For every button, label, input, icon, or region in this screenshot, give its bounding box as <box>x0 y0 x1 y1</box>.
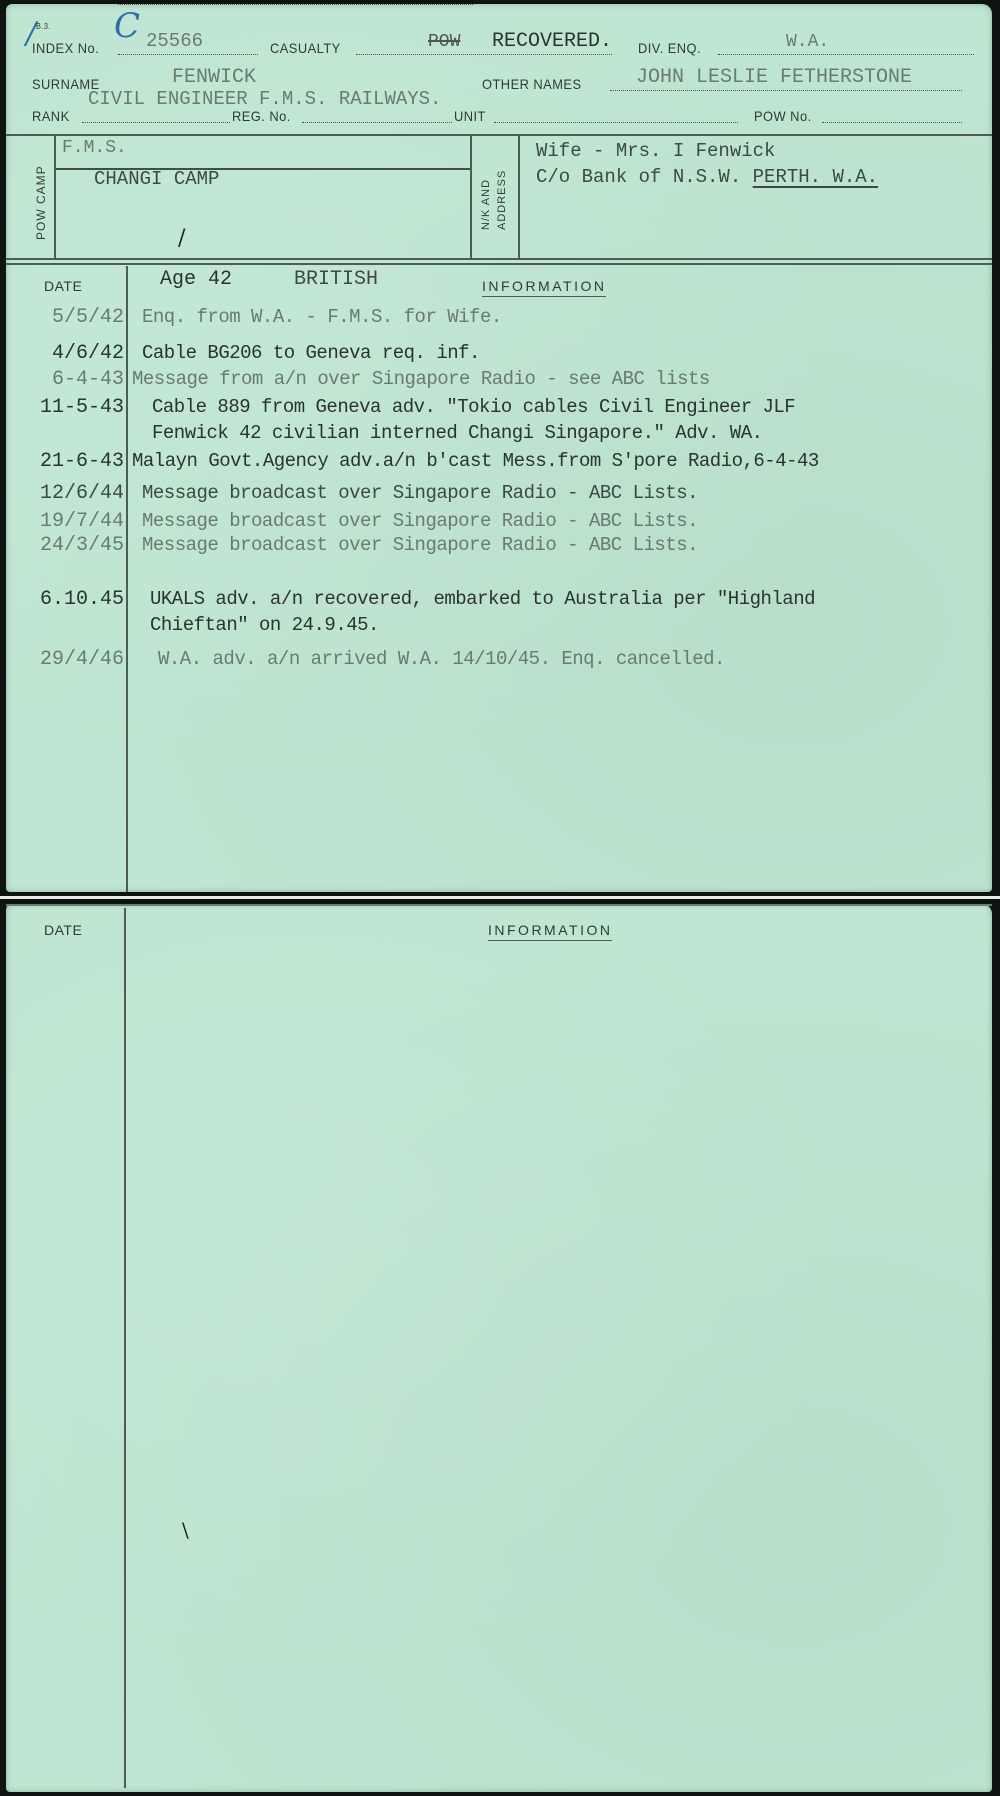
div-enq-dotted-line <box>718 54 974 55</box>
index-no-label: INDEX No. <box>32 40 99 56</box>
occupation-value: CIVIL ENGINEER F.M.S. RAILWAYS. <box>88 88 441 110</box>
div-enq-label: DIV. ENQ. <box>638 40 701 56</box>
casualty-dotted-line <box>356 54 612 55</box>
log-top-rule-1 <box>6 258 992 260</box>
entry-text: Fenwick 42 civilian interned Changi Sing… <box>152 422 763 444</box>
casualty-value: RECOVERED. <box>492 30 612 53</box>
date-column-divider <box>126 266 128 892</box>
pow-camp-line2: CHANGI CAMP <box>94 168 219 190</box>
rank-dotted-line <box>82 122 230 123</box>
nk-label-line1: N/K AND <box>480 179 492 230</box>
casualty-struck-value: POW <box>428 32 460 52</box>
div-enq-value: W.A. <box>786 32 829 52</box>
entry-date: 11-5-43 <box>40 396 124 419</box>
unit-dotted-line <box>494 122 738 123</box>
entry-date: 24/3/45 <box>40 534 124 557</box>
pow-camp-label: POW CAMP <box>34 165 48 240</box>
pow-camp-line1: F.M.S. <box>62 138 127 158</box>
entry-text: Cable BG206 to Geneva req. inf. <box>142 342 480 364</box>
entry-date: 6.10.45 <box>40 588 124 611</box>
other-names-dotted-line <box>610 90 962 91</box>
nk-label-divider <box>518 134 520 258</box>
entry-text: Cable 889 from Geneva adv. "Tokio cables… <box>152 396 795 418</box>
entry-text: Malayn Govt.Agency adv.a/n b'cast Mess.f… <box>132 450 819 472</box>
casualty-label: CASUALTY <box>270 40 341 56</box>
date-column-header: DATE <box>44 278 82 294</box>
index-no-value: 25566 <box>146 30 203 52</box>
entry-text: Message broadcast over Singapore Radio -… <box>142 482 698 504</box>
entry-text: Message broadcast over Singapore Radio -… <box>142 534 698 556</box>
unit-label: UNIT <box>454 108 486 124</box>
back-top-edge <box>6 904 992 906</box>
pow-no-dotted-line <box>822 122 962 123</box>
entry-text: W.A. adv. a/n arrived W.A. 14/10/45. Enq… <box>158 648 725 670</box>
record-card-front: / B.3. C INDEX No. 25566 CASUALTY POW RE… <box>6 4 992 892</box>
reg-no-dotted-line <box>302 122 452 123</box>
entry-date: 4/6/42 <box>52 342 124 365</box>
entry-text: Message from a/n over Singapore Radio - … <box>132 368 710 390</box>
back-date-column-divider <box>124 908 126 1788</box>
age-value: Age 42 <box>160 268 232 291</box>
entry-date: 21-6-43 <box>40 450 124 473</box>
entry-date: 5/5/42 <box>52 306 124 329</box>
pow-camp-label-divider <box>54 134 56 258</box>
log-top-rule-2 <box>6 263 992 265</box>
other-names-value: JOHN LESLIE FETHERSTONE <box>636 66 912 89</box>
entry-text: Message broadcast over Singapore Radio -… <box>142 510 698 532</box>
box-top-rule <box>6 134 992 136</box>
pow-no-label: POW No. <box>754 108 812 124</box>
surname-dotted-line <box>118 4 473 5</box>
form-code: B.3. <box>36 22 51 31</box>
handwritten-mark: C <box>114 6 140 46</box>
nk-address-line2: C/o Bank of N.S.W. PERTH. W.A. <box>536 166 878 188</box>
nationality-value: BRITISH <box>294 268 378 291</box>
other-names-label: OTHER NAMES <box>482 76 582 92</box>
ink-blot-mark-back: \ <box>182 1518 189 1542</box>
reg-no-label: REG. No. <box>232 108 291 124</box>
card-separator <box>0 896 1000 899</box>
nk-address-line2-prefix: C/o Bank of N.S.W. <box>536 166 753 188</box>
back-date-column-header: DATE <box>44 922 82 938</box>
information-column-header: INFORMATION <box>482 278 606 297</box>
nk-label-line2: ADDRESS <box>496 170 508 230</box>
entry-text: Chieftan" on 24.9.45. <box>150 614 379 636</box>
entry-date: 29/4/46 <box>40 648 124 671</box>
pow-camp-right-divider <box>470 134 472 258</box>
surname-value: FENWICK <box>172 66 256 89</box>
entry-text: UKALS adv. a/n recovered, embarked to Au… <box>150 588 815 610</box>
entry-date: 12/6/44 <box>40 482 124 505</box>
nk-address-city: PERTH. W.A. <box>753 166 878 188</box>
entry-date: 6-4-43 <box>52 368 124 391</box>
entry-text: Enq. from W.A. - F.M.S. for Wife. <box>142 306 502 328</box>
index-no-dotted-line <box>118 54 258 55</box>
entry-date: 19/7/44 <box>40 510 124 533</box>
ink-blot-mark: / <box>178 226 185 251</box>
rank-label: RANK <box>32 108 70 124</box>
back-information-column-header: INFORMATION <box>488 922 612 941</box>
nk-address-line1: Wife - Mrs. I Fenwick <box>536 140 775 162</box>
record-card-back: DATE INFORMATION \ <box>6 904 992 1792</box>
